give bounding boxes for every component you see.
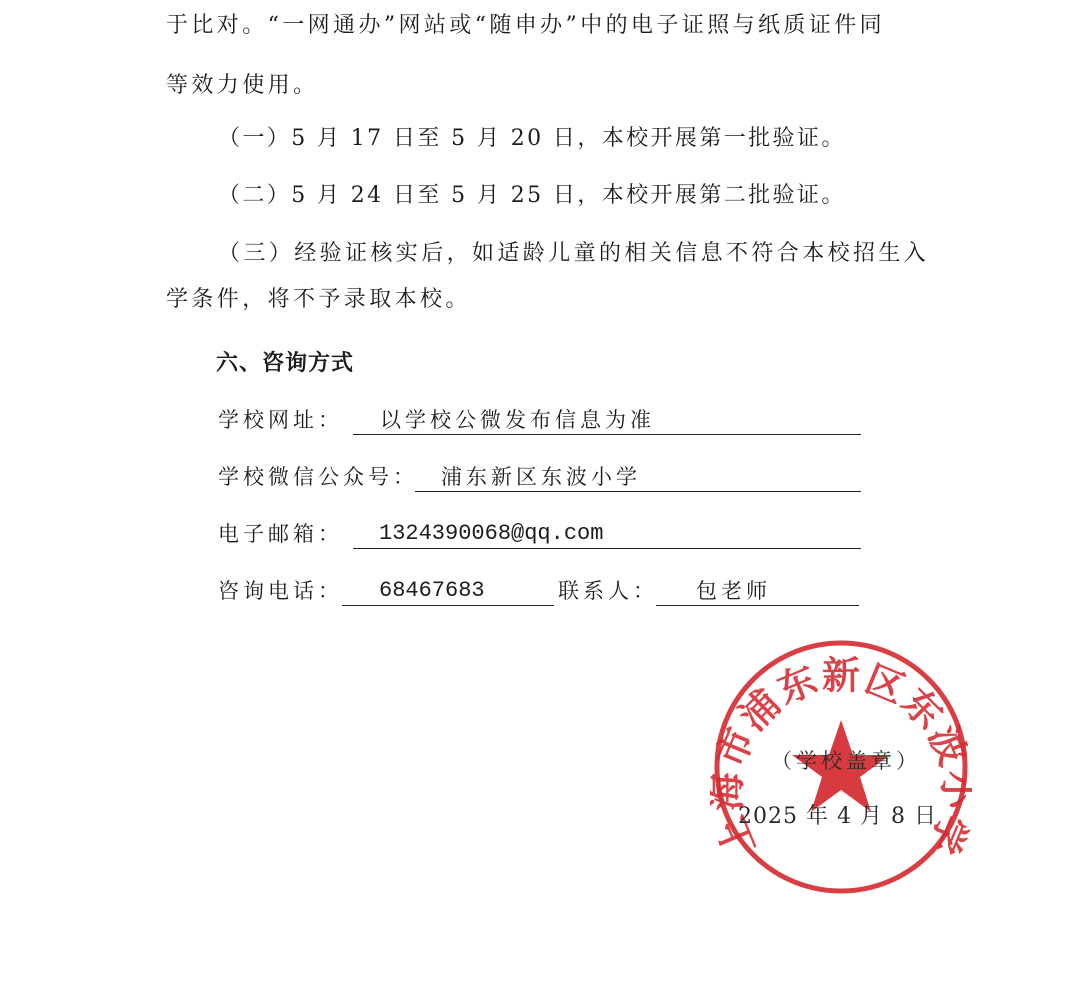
phone-label: 咨询电话：	[218, 577, 343, 605]
email-value: 1324390068@qq.com	[379, 520, 603, 548]
website-field: 以学校公微发布信息为准	[353, 406, 861, 435]
phone-row: 咨询电话： 68467683 联系人： 包老师	[218, 577, 868, 607]
wechat-row: 学校微信公众号： 浦东新区东波小学	[218, 463, 868, 493]
phone-value: 68467683	[379, 577, 485, 605]
website-value: 以学校公微发布信息为准	[380, 406, 655, 434]
wechat-field: 浦东新区东波小学	[415, 463, 861, 492]
email-label: 电子邮箱：	[218, 520, 343, 548]
phone-field: 68467683	[342, 577, 554, 606]
paragraph-line: 于比对。“一网通办”网站或“随申办”中的电子证照与纸质证件同	[166, 12, 885, 40]
email-field: 1324390068@qq.com	[353, 520, 861, 549]
website-row: 学校网址： 以学校公微发布信息为准	[218, 406, 868, 436]
verification-item-3-cont: 学条件，将不予录取本校。	[166, 286, 471, 314]
verification-item-3: （三）经验证核实后，如适龄儿童的相关信息不符合本校招生入	[218, 240, 929, 268]
verification-item-1: （一）5 月 17 日至 5 月 20 日，本校开展第一批验证。	[218, 125, 846, 153]
verification-item-2: （二）5 月 24 日至 5 月 25 日，本校开展第二批验证。	[218, 182, 846, 210]
seal-caption: （学校盖章）	[771, 748, 921, 774]
paragraph-line: 等效力使用。	[166, 72, 318, 100]
section-heading: 六、咨询方式	[216, 350, 354, 378]
website-label: 学校网址：	[218, 406, 343, 434]
signature-date: 2025 年 4 月 8 日	[738, 804, 937, 830]
wechat-label: 学校微信公众号：	[218, 463, 418, 491]
contact-person-field: 包老师	[656, 577, 859, 606]
contact-person-label: 联系人：	[558, 577, 658, 605]
wechat-value: 浦东新区东波小学	[441, 463, 641, 491]
contact-person-value: 包老师	[696, 577, 771, 605]
email-row: 电子邮箱： 1324390068@qq.com	[218, 520, 868, 550]
